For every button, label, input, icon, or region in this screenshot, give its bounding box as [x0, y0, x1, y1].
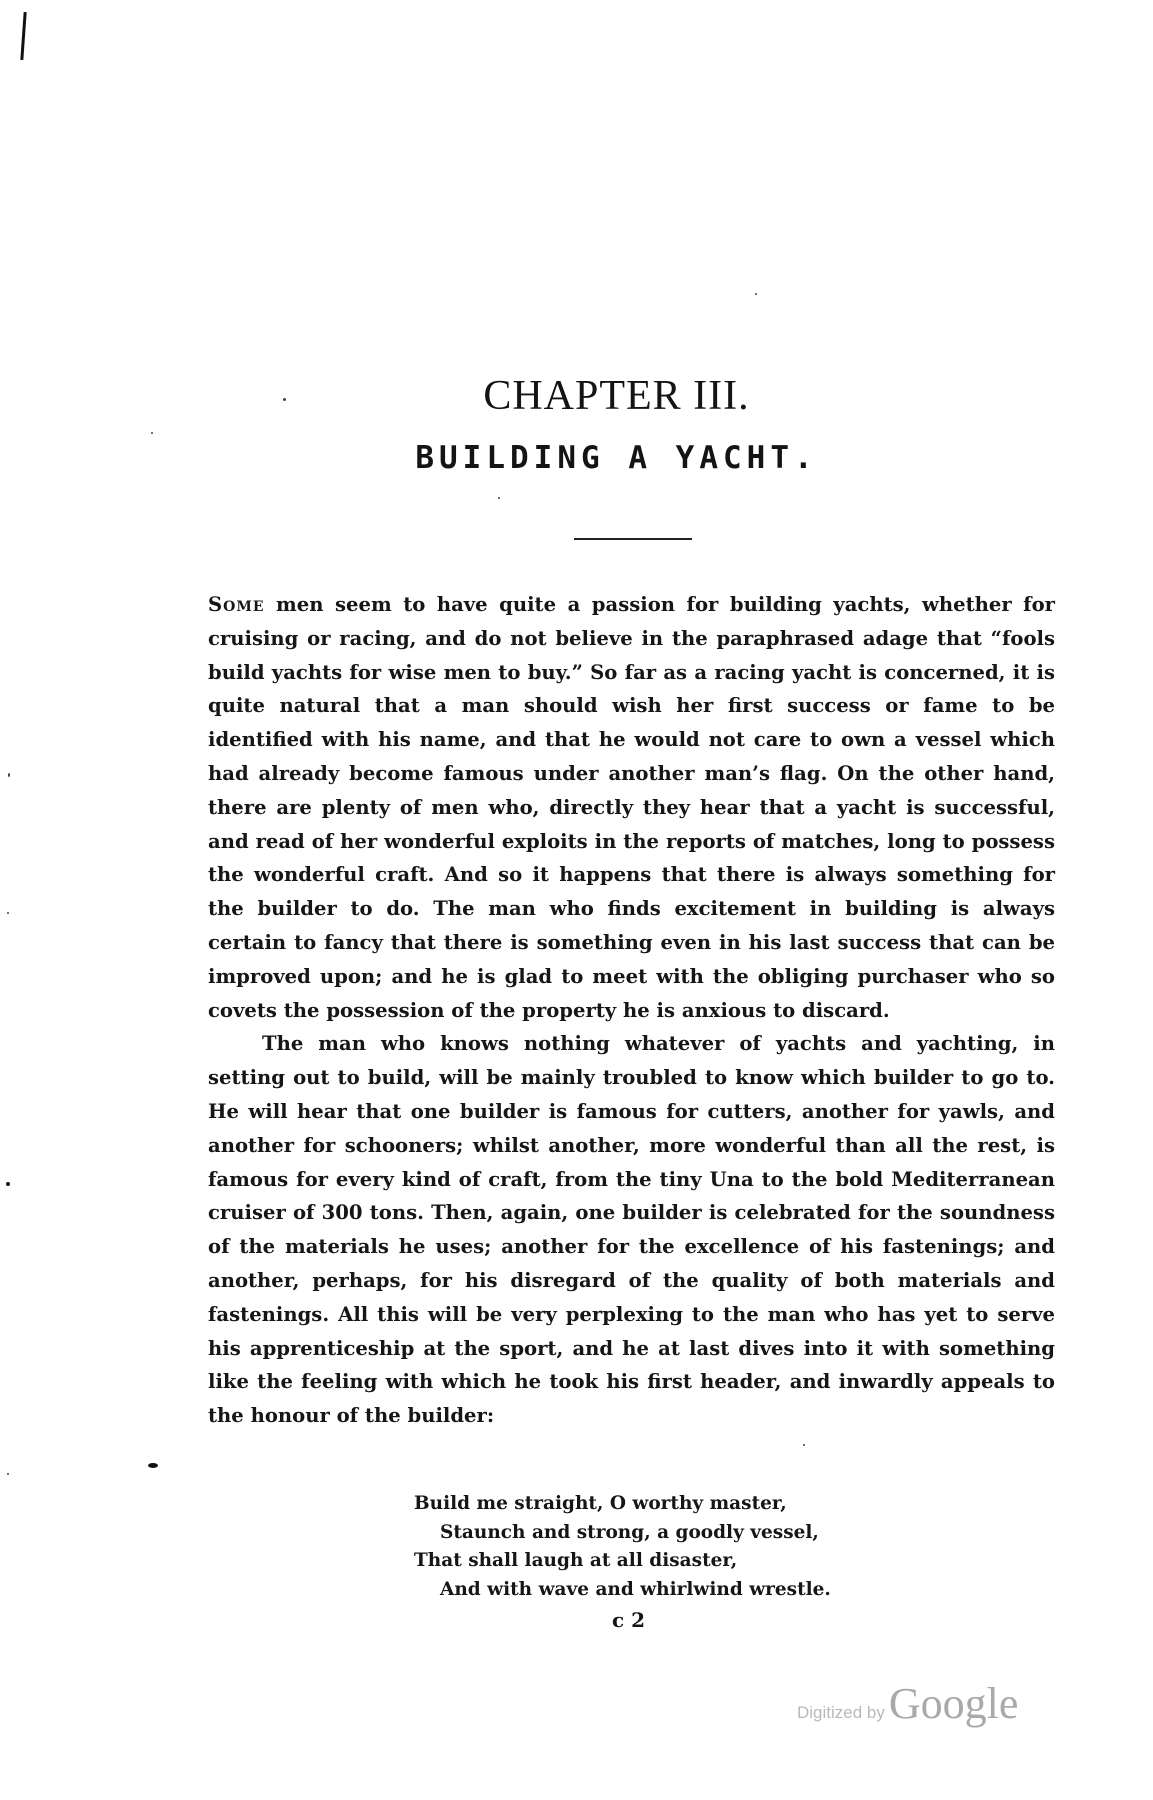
paragraph-text: men seem to have quite a passion for bui… [208, 593, 1055, 1022]
chapter-number: CHAPTER III. [0, 372, 1153, 420]
scan-speck [803, 1444, 805, 1446]
signature-mark: c 2 [612, 1608, 645, 1632]
verse-line: That shall laugh at all disaster, [414, 1547, 831, 1576]
verse-line: And with wave and whirlwind wrestle. [414, 1576, 831, 1605]
book-page: CHAPTER III. BUILDING A YACHT. Some men … [0, 0, 1153, 1800]
watermark-prefix: Digitized by [797, 1703, 885, 1723]
scan-speck [151, 432, 153, 434]
paragraph-lead-word: Some [208, 593, 265, 616]
verse-line: Build me straight, O worthy master, [414, 1490, 831, 1519]
verse-line: Staunch and strong, a goodly vessel, [414, 1519, 831, 1548]
digitization-watermark: Digitized by Google [797, 1678, 1018, 1729]
scan-speck [148, 1463, 158, 1468]
paragraph-1: Some men seem to have quite a passion fo… [208, 588, 1055, 1027]
scan-mark [20, 12, 26, 60]
scan-speck [6, 1182, 10, 1186]
paragraph-2: The man who knows nothing whatever of ya… [208, 1027, 1055, 1433]
google-logo: Google [889, 1678, 1019, 1729]
verse-quote: Build me straight, O worthy master, Stau… [414, 1490, 831, 1604]
scan-speck [498, 497, 500, 499]
chapter-body: Some men seem to have quite a passion fo… [208, 588, 1055, 1433]
scan-speck [755, 293, 757, 295]
scan-speck [8, 773, 10, 777]
scan-speck [7, 912, 9, 914]
title-divider [574, 538, 692, 540]
scan-speck [7, 1473, 9, 1475]
chapter-title: BUILDING A YACHT. [0, 440, 1153, 476]
